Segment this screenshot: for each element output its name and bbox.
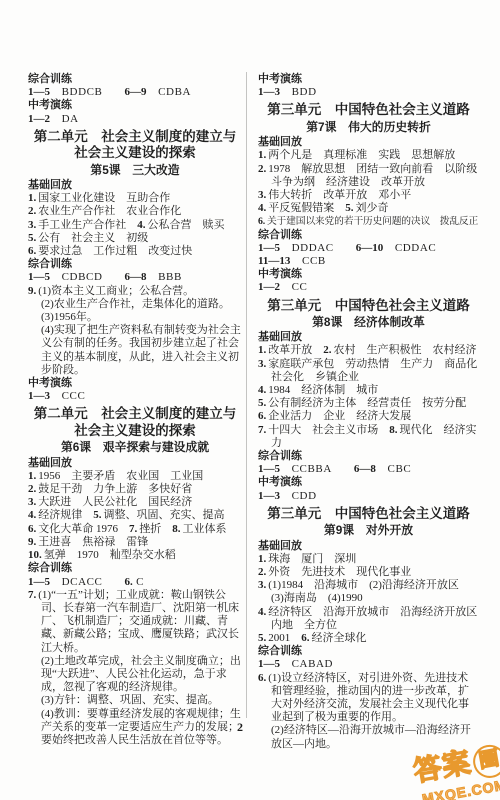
- answer-subitem: (4)教训：要尊重经济发展的客观规律；生产关系的变革一定要适应生产力的发展；要始…: [28, 708, 242, 748]
- text: 手工业生产合作社: [38, 219, 137, 231]
- bold-text: 第7课 伟大的历史转折: [306, 120, 431, 134]
- text: 家庭联产承包 劳动热情 生产力 商品化 社会化 乡镇企业: [268, 358, 488, 383]
- text: 鼓足干劲 力争上游 多快好省: [38, 483, 192, 495]
- text: 文化大革命 1976: [38, 523, 129, 535]
- section-label: 基础回放: [258, 136, 479, 149]
- answer-item: 3.手工业生产合作社 4.公私合营 赎买: [28, 219, 242, 232]
- text: 公有 社会主义 初级: [38, 232, 148, 244]
- bold-text: 第二单元 社会主义制度的建立与 社会主义建设的探索: [34, 129, 237, 161]
- bold-text: 5.: [258, 632, 268, 644]
- answer-letters-line: 1—5 BDDCB 6—9 CDBA: [28, 86, 242, 99]
- answer-item: 4.1984 经济体制 城市: [258, 384, 479, 397]
- bold-text: 2.: [258, 163, 268, 175]
- bold-text: 1.: [258, 149, 268, 161]
- answer-item: 1.两个凡是 真理标准 实践 思想解放: [258, 149, 479, 162]
- text: 改革开放: [268, 344, 323, 356]
- left-column: 综合训练1—5 BDDCB 6—9 CDBA中考演练1—2 DA第二单元 社会主…: [28, 73, 242, 747]
- text: (2)土地改革完成，社会主义制度确立；出现“大跃进”、人民公社化运动，急于求成，…: [41, 655, 241, 693]
- bold-text: 6.: [258, 672, 268, 684]
- bold-text: 4.: [137, 219, 147, 231]
- answer-key-page: 综合训练1—5 BDDCB 6—9 CDBA中考演练1—2 DA第二单元 社会主…: [0, 0, 500, 800]
- bold-text: 7.: [258, 424, 268, 436]
- answer-subitem: (2)经济特区—沿海开放城市—沿海经济开放区—内地。: [258, 724, 479, 750]
- answer-item: 5.2001 6.经济全球化: [258, 632, 479, 645]
- bold-text: 5.: [28, 232, 38, 244]
- answer-item: 5.公有制经济为主体 经营责任 按劳分配: [258, 397, 479, 410]
- column-divider: [246, 72, 247, 718]
- lesson-heading: 第5课 三大改造: [28, 164, 242, 177]
- text: CCB: [290, 255, 325, 267]
- bold-text: 3.: [258, 358, 268, 370]
- bold-text: 1—5: [28, 576, 50, 588]
- text: 调整、巩固、充实、提高: [104, 509, 225, 521]
- lesson-heading: 第9课 对外开放: [258, 524, 479, 537]
- bold-text: 1—5: [258, 658, 280, 670]
- section-label: 中考演练: [28, 377, 242, 390]
- bold-text: 中考演练: [258, 476, 302, 488]
- bold-text: 9.: [28, 285, 38, 297]
- answer-letters-line: 11—13 CCB: [258, 255, 479, 268]
- lesson-heading: 第6课 艰辛探索与建设成就: [28, 441, 242, 454]
- bold-text: 1.: [258, 344, 268, 356]
- text: 王进喜 焦裕禄 雷锋: [38, 536, 148, 548]
- text: 企业活力 企业 经济大发展: [268, 410, 411, 422]
- bold-text: 1—2: [258, 281, 280, 293]
- answer-item: 10.氢弹 1970 籼型杂交水稻: [28, 549, 242, 562]
- bold-text: 7.: [129, 523, 139, 535]
- text: CDDAC: [383, 242, 436, 254]
- bold-text: 基础回放: [258, 331, 302, 343]
- bold-text: 1—5: [258, 463, 280, 475]
- bold-text: 综合训练: [28, 73, 72, 85]
- answer-letters-line: 1—2 DA: [28, 113, 242, 126]
- text: 挫折: [139, 523, 172, 535]
- watermark-brand-text: 答案: [411, 746, 474, 787]
- bold-text: 4.: [258, 384, 268, 396]
- text: CCC: [50, 390, 85, 402]
- text: 伟大转折 改革开放 邓小平: [268, 189, 411, 201]
- text: 氢弹 1970 籼型杂交水稻: [44, 549, 176, 561]
- bold-text: 2.: [28, 205, 38, 217]
- answer-item: 3.家庭联产承包 劳动热情 生产力 商品化 社会化 乡镇企业: [258, 358, 479, 384]
- text: 大跃进 人民公社化 国民经济: [38, 496, 192, 508]
- bold-text: 第6课 艰辛探索与建设成就: [61, 440, 209, 454]
- bold-text: 8.: [172, 523, 182, 535]
- bold-text: 3.: [28, 496, 38, 508]
- text: 刘少奇: [356, 202, 389, 214]
- answer-item: 2.外资 先进技术 现代化事业: [258, 566, 479, 579]
- bold-text: 1.: [28, 470, 38, 482]
- text: 平反冤假错案: [268, 202, 345, 214]
- text: 经济规律: [38, 509, 93, 521]
- answer-item: 7.十四大 社会主义市场 8.现代化 经济实力: [258, 424, 479, 450]
- bold-text: 4.: [258, 202, 268, 214]
- text: (4)实现了把生产资料私有制转变为社会主义公有制的任务。我国初步建立起了社会主义…: [41, 324, 241, 376]
- bold-text: 综合训练: [28, 258, 72, 270]
- bold-text: 11—13: [258, 255, 290, 267]
- bold-text: 5.: [258, 397, 268, 409]
- section-label: 中考演练: [258, 268, 479, 281]
- unit-heading: 第三单元 中国特色社会主义道路: [258, 298, 479, 315]
- bold-text: 中考演练: [258, 73, 302, 85]
- answer-item: 6.文化大革命 1976 7.挫折 8.工业体系: [28, 523, 242, 536]
- bold-text: 中考演练: [258, 268, 302, 280]
- bold-text: 2.: [258, 566, 268, 578]
- text: CDBCD: [50, 271, 103, 283]
- bold-text: 6.: [258, 216, 267, 227]
- section-label: 中考演练: [28, 99, 242, 112]
- answer-item: 2.鼓足干劲 力争上游 多快好省: [28, 483, 242, 496]
- unit-heading: 第二单元 社会主义制度的建立与 社会主义建设的探索: [28, 129, 242, 162]
- text: (4)教训：要尊重经济发展的客观规律；生产关系的变革一定要适应生产力的发展；要始…: [41, 708, 241, 746]
- bold-text: 6.: [28, 523, 38, 535]
- answer-item: 7.(1)“一五”计划；工业成就：鞍山钢铁公司、长春第一汽车制造厂、沈阳第一机床…: [28, 589, 242, 655]
- bold-text: 1—5: [28, 86, 50, 98]
- answer-item: 1.国家工业化建设 互助合作: [28, 192, 242, 205]
- bold-text: 4.: [258, 606, 268, 618]
- answer-item: 1.1956 主要矛盾 农业国 工业国: [28, 470, 242, 483]
- lesson-heading: 第8课 经济体制改革: [258, 316, 479, 329]
- unit-heading: 第三单元 中国特色社会主义道路: [258, 102, 479, 119]
- answer-subitem: (2)农业生产合作社，走集体化的道路。: [28, 298, 242, 311]
- lesson-heading: 第7课 伟大的历史转折: [258, 121, 479, 134]
- answer-subitem: (3)方针：调整、巩固、充实、提高。: [28, 694, 242, 707]
- text: C: [133, 576, 144, 588]
- bold-text: 3.: [28, 219, 38, 231]
- text: 农业生产合作社 农业合作化: [38, 205, 181, 217]
- bold-text: 中考演练: [28, 99, 72, 111]
- answer-item: 6.关于建国以来党的若干历史问题的决议 拨乱反正: [258, 215, 479, 228]
- text: CBC: [376, 463, 411, 475]
- text: BBB: [147, 271, 182, 283]
- answer-letters-line: 1—5 CABAD: [258, 658, 479, 671]
- text: 2001: [268, 632, 301, 644]
- bold-text: 2.: [323, 344, 333, 356]
- bold-text: 基础回放: [28, 457, 72, 469]
- bold-text: 第5课 三大改造: [90, 163, 179, 177]
- section-label: 综合训练: [28, 258, 242, 271]
- text: CDD: [280, 490, 317, 502]
- answer-letters-line: 1—5 DCACC 6. C: [28, 576, 242, 589]
- text: (1)设立经济特区，对引进外资、先进技术和管理经验，推动国内的进一步改革，扩大对…: [268, 672, 469, 724]
- bold-text: 4.: [28, 509, 38, 521]
- text: 经济全球化: [312, 632, 367, 644]
- bold-text: 综合训练: [258, 645, 302, 657]
- text: DA: [50, 113, 79, 125]
- bold-text: 基础回放: [258, 540, 302, 552]
- bold-text: 7.: [28, 589, 38, 601]
- unit-heading: 第二单元 社会主义制度的建立与 社会主义建设的探索: [28, 406, 242, 439]
- bold-text: 综合训练: [258, 229, 302, 241]
- answer-item: 3.伟大转折 改革开放 邓小平: [258, 189, 479, 202]
- section-label: 基础回放: [258, 331, 479, 344]
- section-label: 基础回放: [258, 540, 479, 553]
- bold-text: 5.: [93, 509, 103, 521]
- bold-text: 综合训练: [258, 450, 302, 462]
- answer-item: 5.公有 社会主义 初级: [28, 232, 242, 245]
- bold-text: 第三单元 中国特色社会主义道路: [267, 102, 470, 117]
- answer-item: 6.企业活力 企业 经济大发展: [258, 410, 479, 423]
- bold-text: 6—9: [103, 86, 147, 98]
- answer-letters-line: 1—2 CC: [258, 281, 479, 294]
- section-label: 综合训练: [258, 450, 479, 463]
- answer-letters-line: 1—5 DDDAC 6—10 CDDAC: [258, 242, 479, 255]
- bold-text: 1—3: [28, 390, 50, 402]
- section-label: 综合训练: [258, 229, 479, 242]
- answer-item: 9.王进喜 焦裕禄 雷锋: [28, 536, 242, 549]
- answer-item: 4.平反冤假错案 5.刘少奇: [258, 202, 479, 215]
- answer-item: 2.农业生产合作社 农业合作化: [28, 205, 242, 218]
- text: (1)1984 沿海城市 (2)沿海经济开放区 (3)海南岛 (4)1990: [268, 579, 470, 604]
- text: 1984 经济体制 城市: [268, 384, 378, 396]
- bold-text: 8.: [389, 424, 399, 436]
- section-label: 综合训练: [258, 645, 479, 658]
- section-label: 中考演练: [258, 73, 479, 86]
- text: (1)资本主义工商业；公私合营。: [38, 285, 194, 297]
- bold-text: 6—10: [334, 242, 384, 254]
- bold-text: 6.: [103, 576, 133, 588]
- text: CCBBA: [280, 463, 332, 475]
- answer-item: 3.(1)1984 沿海城市 (2)沿海经济开放区 (3)海南岛 (4)1990: [258, 579, 479, 605]
- bold-text: 2.: [28, 483, 38, 495]
- bold-text: 1—3: [258, 86, 280, 98]
- bold-text: 第9课 对外开放: [324, 523, 413, 537]
- answer-letters-line: 1—3 CCC: [28, 390, 242, 403]
- bold-text: 中考演练: [28, 377, 72, 389]
- text: 关于建国以来党的若干历史问题的决议 拨乱反正: [267, 216, 478, 227]
- answer-item: 1.珠海 厦门 深圳: [258, 553, 479, 566]
- answer-item: 4.经济规律 5.调整、巩固、充实、提高: [28, 509, 242, 522]
- bold-text: 第三单元 中国特色社会主义道路: [267, 298, 470, 313]
- answer-letters-line: 1—3 BDD: [258, 86, 479, 99]
- answer-item: 2.1978 解放思想 团结一致向前看 以阶级斗争为纲 经济建设 改革开放: [258, 163, 479, 189]
- answer-item: 6.(1)设立经济特区，对引进外资、先进技术和管理经验，推动国内的进一步改革，扩…: [258, 672, 479, 725]
- right-column: 中考演练1—3 BDD第三单元 中国特色社会主义道路第7课 伟大的历史转折基础回…: [258, 73, 479, 751]
- bold-text: 6.: [301, 632, 311, 644]
- bold-text: 1.: [28, 192, 38, 204]
- text: 外资 先进技术 现代化事业: [268, 566, 411, 578]
- bold-text: 1—3: [258, 490, 280, 502]
- text: 两个凡是 真理标准 实践 思想解放: [268, 149, 455, 161]
- bold-text: 3.: [258, 579, 268, 591]
- section-label: 综合训练: [28, 73, 242, 86]
- section-label: 综合训练: [28, 562, 242, 575]
- unit-heading: 第三单元 中国特色社会主义道路: [258, 506, 479, 523]
- answer-item: 4.经济特区 沿海开放城市 沿海经济开放区 内地 全方位: [258, 606, 479, 632]
- page-number: 2: [228, 720, 252, 735]
- bold-text: 基础回放: [258, 136, 302, 148]
- bold-text: 1—2: [28, 113, 50, 125]
- text: DDDAC: [280, 242, 334, 254]
- bold-text: 第三单元 中国特色社会主义道路: [267, 506, 470, 521]
- text: (2)农业生产合作社，走集体化的道路。: [41, 298, 230, 310]
- text: 公有制经济为主体 经营责任 按劳分配: [268, 397, 466, 409]
- text: (2)经济特区—沿海开放城市—沿海经济开放区—内地。: [271, 724, 471, 749]
- watermark-circled-char: 圈: [471, 742, 500, 780]
- bold-text: 9.: [28, 536, 38, 548]
- text: 农村 生产积极性 农村经济: [334, 344, 477, 356]
- answer-letters-line: 1—3 CDD: [258, 490, 479, 503]
- bold-text: 第8课 经济体制改革: [312, 315, 425, 329]
- text: (3)方针：调整、巩固、充实、提高。: [41, 694, 219, 706]
- text: 工业体系: [183, 523, 227, 535]
- text: CDBA: [147, 86, 192, 98]
- text: DCACC: [50, 576, 103, 588]
- bold-text: 6.: [258, 410, 268, 422]
- text: BDDCB: [50, 86, 103, 98]
- bold-text: 1.: [258, 553, 268, 565]
- bold-text: 5.: [345, 202, 355, 214]
- bold-text: 10.: [28, 549, 44, 561]
- text: 十四大 社会主义市场: [268, 424, 389, 436]
- text: 1978 解放思想 团结一致向前看 以阶级斗争为纲 经济建设 改革开放: [268, 163, 477, 188]
- bold-text: 第二单元 社会主义制度的建立与 社会主义建设的探索: [34, 406, 237, 438]
- text: 国家工业化建设 互助合作: [38, 192, 170, 204]
- section-label: 基础回放: [28, 457, 242, 470]
- text: 经济特区 沿海开放城市 沿海经济开放区 内地 全方位: [268, 606, 488, 631]
- answer-item: 6.要求过急 工作过粗 改变过快: [28, 245, 242, 258]
- bold-text: 6—8: [103, 271, 147, 283]
- answer-letters-line: 1—5 CCBBA 6—8 CBC: [258, 463, 479, 476]
- answer-letters-line: 1—5 CDBCD 6—8 BBB: [28, 271, 242, 284]
- text: BDD: [280, 86, 317, 98]
- text: CABAD: [280, 658, 333, 670]
- section-label: 中考演练: [258, 476, 479, 489]
- text: 珠海 厦门 深圳: [268, 553, 356, 565]
- text: 要求过急 工作过粗 改变过快: [38, 245, 192, 257]
- bold-text: 1—5: [258, 242, 280, 254]
- text: 公私合营 赎买: [148, 219, 225, 231]
- text: CC: [280, 281, 307, 293]
- section-label: 基础回放: [28, 179, 242, 192]
- answer-subitem: (4)实现了把生产资料私有制转变为社会主义公有制的任务。我国初步建立起了社会主义…: [28, 324, 242, 377]
- text: 1956 主要矛盾 农业国 工业国: [38, 470, 203, 482]
- answer-subitem: (2)土地改革完成，社会主义制度确立；出现“大跃进”、人民公社化运动，急于求成，…: [28, 655, 242, 695]
- bold-text: 6.: [28, 245, 38, 257]
- answer-item: 3.大跃进 人民公社化 国民经济: [28, 496, 242, 509]
- text: (1)“一五”计划；工业成就：鞍山钢铁公司、长春第一汽车制造厂、沈阳第一机床厂、…: [38, 589, 239, 654]
- answer-item: 1.改革开放 2.农村 生产积极性 农村经济: [258, 344, 479, 357]
- bold-text: 1—5: [28, 271, 50, 283]
- text: (3)1956年。: [41, 311, 98, 323]
- bold-text: 6—8: [332, 463, 376, 475]
- answer-subitem: (3)1956年。: [28, 311, 242, 324]
- answer-item: 9.(1)资本主义工商业；公私合营。: [28, 285, 242, 298]
- bold-text: 综合训练: [28, 562, 72, 574]
- bold-text: 基础回放: [28, 179, 72, 191]
- bold-text: 3.: [258, 189, 268, 201]
